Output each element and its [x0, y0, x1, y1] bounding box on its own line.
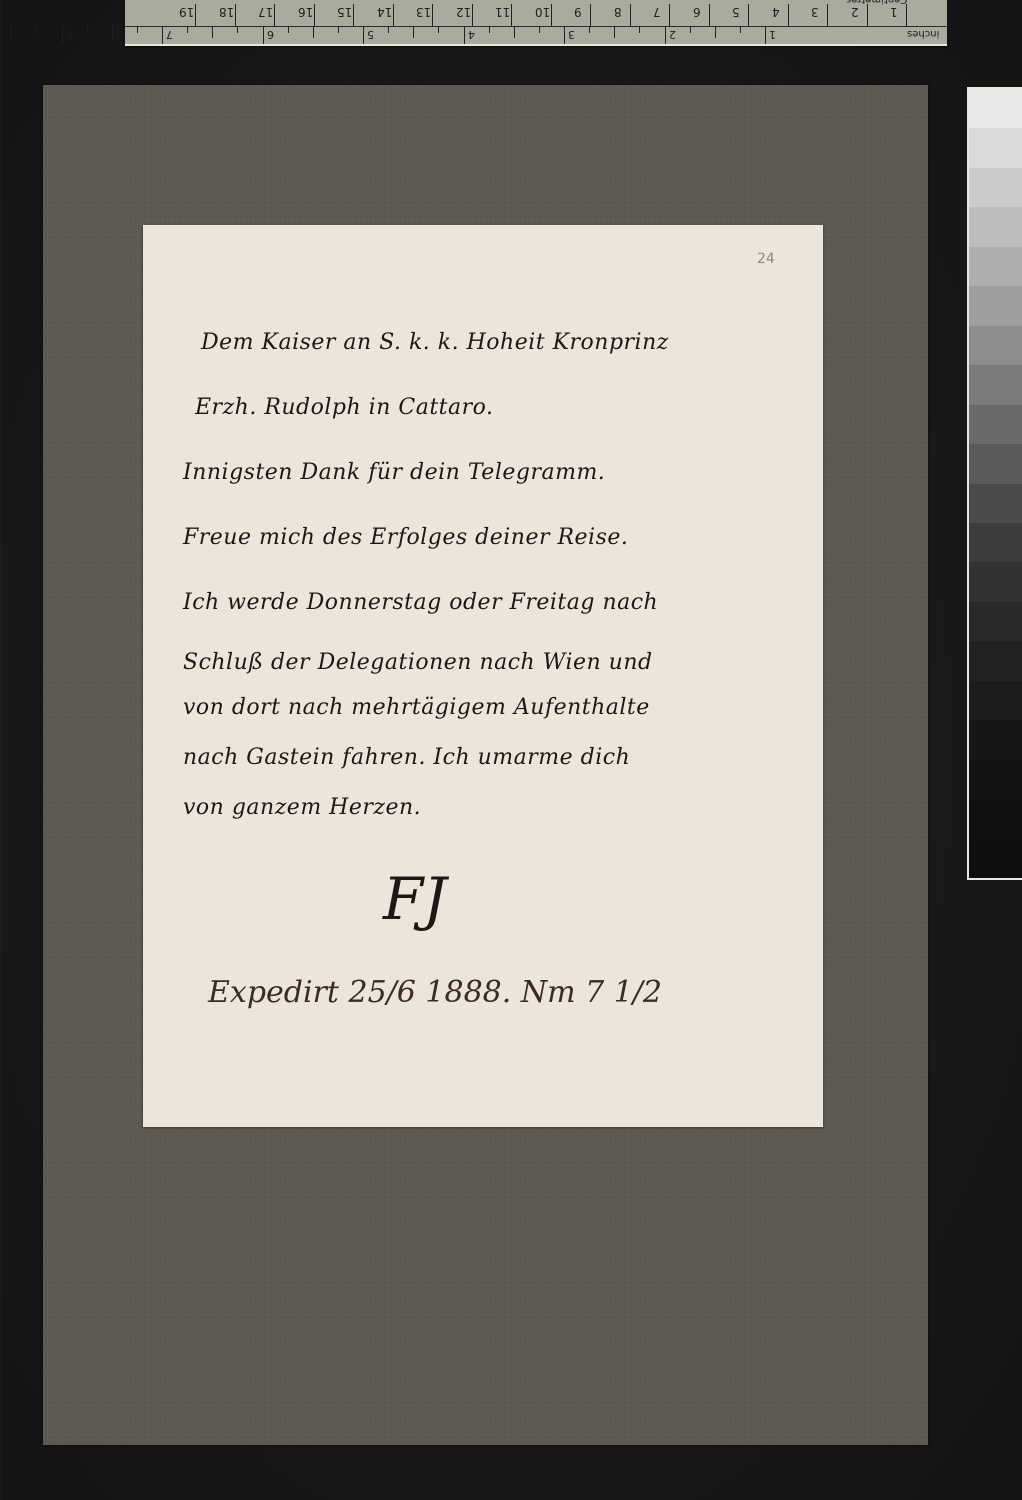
ruler-inch-tick	[162, 26, 163, 44]
greyscale-patch	[969, 365, 1022, 404]
ruler-cm-label: 11	[495, 6, 510, 18]
ruler-inch-subtick	[112, 26, 113, 38]
ruler-cm-tick	[867, 4, 868, 26]
ruler-cm-tick	[235, 4, 236, 26]
ruler-inch-subtick	[614, 26, 615, 38]
ruler-inch-subtick	[388, 26, 389, 33]
ruler-cm-label: 15	[337, 6, 352, 18]
ruler-cm-label: 1	[890, 6, 898, 18]
ruler-inch-tick	[363, 26, 364, 44]
ruler-cm-tick	[472, 4, 473, 26]
letter-page: 24 Dem Kaiser an S. k. k. Hoheit Kronpri…	[143, 225, 823, 1127]
ruler-inch-label: 4	[468, 29, 475, 40]
ruler-inch-subtick	[589, 26, 590, 33]
greyscale-patch	[969, 760, 1022, 799]
ruler-inch-label: 6	[267, 29, 274, 40]
ruler-cm-label: 12	[456, 6, 471, 18]
ruler-cm-tick	[906, 4, 907, 26]
ruler-inch-tick	[464, 26, 465, 44]
ruler-cm-tick	[630, 4, 631, 26]
letter-line: Schluß der Delegationen nach Wien und	[183, 650, 653, 675]
ruler-cm-tick	[195, 4, 196, 26]
greyscale-patch	[969, 523, 1022, 562]
ruler-cm-tick	[551, 4, 552, 26]
greyscale-patch	[969, 128, 1022, 167]
ruler-inch-subtick	[36, 26, 37, 33]
ruler-inch-subtick	[212, 26, 213, 38]
ruler-inch-subtick	[539, 26, 540, 33]
ruler-cm-label: 6	[693, 6, 701, 18]
letter-line: Erzh. Rudolph in Cattaro.	[195, 395, 493, 420]
ruler-inch-label: 3	[568, 29, 575, 40]
greyscale-patch	[969, 681, 1022, 720]
greyscale-calibration-card	[967, 87, 1022, 880]
greyscale-patch	[969, 562, 1022, 601]
greyscale-patch	[969, 839, 1022, 878]
ruler-inch-label: 8	[66, 29, 73, 40]
letter-line: nach Gastein fahren. Ich umarme dich	[183, 745, 630, 770]
ruler-cm-label: 4	[772, 6, 780, 18]
greyscale-patch	[969, 405, 1022, 444]
ruler-cm-label: 5	[732, 6, 740, 18]
ruler-inch-label: 7	[166, 29, 173, 40]
ruler-cm-tick	[511, 4, 512, 26]
ruler-inch-subtick	[237, 26, 238, 33]
ruler-cm-label: 3	[811, 6, 819, 18]
ruler-inch-subtick	[288, 26, 289, 33]
greyscale-patch	[969, 602, 1022, 641]
ruler-cm-label: 18	[219, 6, 234, 18]
ruler-inch-label: 2	[669, 29, 676, 40]
ruler-cm-label: 17	[258, 6, 273, 18]
ruler-cm-tick	[274, 4, 275, 26]
folio-number: 24	[757, 251, 775, 267]
ruler-cm-tick	[748, 4, 749, 26]
ruler-cm-label: 16	[298, 6, 313, 18]
letter-line: von dort nach mehrtägigem Aufenthalte	[183, 695, 650, 720]
ruler-inch-scale: 12345678	[125, 26, 947, 44]
greyscale-patch	[969, 484, 1022, 523]
ruler-inch-subtick	[690, 26, 691, 33]
ruler-cm-tick	[709, 4, 710, 26]
ruler-inch-subtick	[187, 26, 188, 33]
greyscale-patch	[969, 799, 1022, 838]
greyscale-patch	[969, 444, 1022, 483]
ruler-cm-label: 7	[653, 6, 661, 18]
greyscale-patch	[969, 247, 1022, 286]
ruler-cm-label: 14	[377, 6, 392, 18]
ruler-cm-tick	[393, 4, 394, 26]
ruler-inch-tick	[665, 26, 666, 44]
ruler-inch-subtick	[514, 26, 515, 38]
ruler-cm-tick	[353, 4, 354, 26]
ruler-inch-subtick	[11, 26, 12, 38]
ruler-inch-unit-label: inches	[907, 28, 939, 39]
ruler-inch-subtick	[438, 26, 439, 33]
ruler-centimetre-scale: 12345678910111213141516171819	[125, 0, 947, 27]
ruler-cm-tick	[788, 4, 789, 26]
letter-line: Ich werde Donnerstag oder Freitag nach	[183, 590, 658, 615]
greyscale-patch	[969, 720, 1022, 759]
letter-line: Freue mich des Erfolges deiner Reise.	[183, 525, 628, 550]
ruler-inch-tick	[564, 26, 565, 44]
measurement-ruler: 12345678910111213141516171819 12345678 C…	[125, 0, 947, 46]
ruler-cm-tick	[590, 4, 591, 26]
ruler-inch-subtick	[715, 26, 716, 38]
ruler-cm-tick	[827, 4, 828, 26]
ruler-inch-subtick	[639, 26, 640, 33]
ruler-inch-subtick	[413, 26, 414, 38]
letter-line: Dem Kaiser an S. k. k. Hoheit Kronprinz	[201, 330, 669, 355]
ruler-inch-subtick	[740, 26, 741, 33]
greyscale-patch	[969, 326, 1022, 365]
ruler-inch-label: 1	[769, 29, 776, 40]
greyscale-patch	[969, 89, 1022, 128]
ruler-inch-tick	[765, 26, 766, 44]
greyscale-patch	[969, 286, 1022, 325]
ruler-cm-unit-label: Centimetres	[846, 0, 907, 5]
ruler-cm-tick	[432, 4, 433, 26]
ruler-inch-subtick	[87, 26, 88, 33]
ruler-inch-tick	[263, 26, 264, 44]
ruler-cm-label: 19	[179, 6, 194, 18]
letter-line: von ganzem Herzen.	[183, 795, 421, 820]
greyscale-patch	[969, 168, 1022, 207]
ruler-cm-label: 10	[535, 6, 550, 18]
dispatch-dateline: Expedirt 25/6 1888. Nm 7 1/2	[208, 975, 662, 1010]
ruler-inch-subtick	[137, 26, 138, 33]
signature-monogram: FJ	[383, 865, 447, 933]
ruler-cm-tick	[669, 4, 670, 26]
letter-line: Innigsten Dank für dein Telegramm.	[183, 460, 605, 485]
ruler-inch-label: 5	[367, 29, 374, 40]
ruler-inch-subtick	[313, 26, 314, 38]
ruler-cm-label: 8	[614, 6, 622, 18]
ruler-inch-subtick	[338, 26, 339, 33]
ruler-cm-label: 2	[851, 6, 859, 18]
ruler-inch-subtick	[489, 26, 490, 33]
ruler-cm-tick	[314, 4, 315, 26]
greyscale-patch	[969, 641, 1022, 680]
ruler-inch-tick	[62, 26, 63, 44]
ruler-cm-label: 13	[416, 6, 431, 18]
greyscale-patch	[969, 207, 1022, 246]
ruler-cm-label: 9	[574, 6, 582, 18]
